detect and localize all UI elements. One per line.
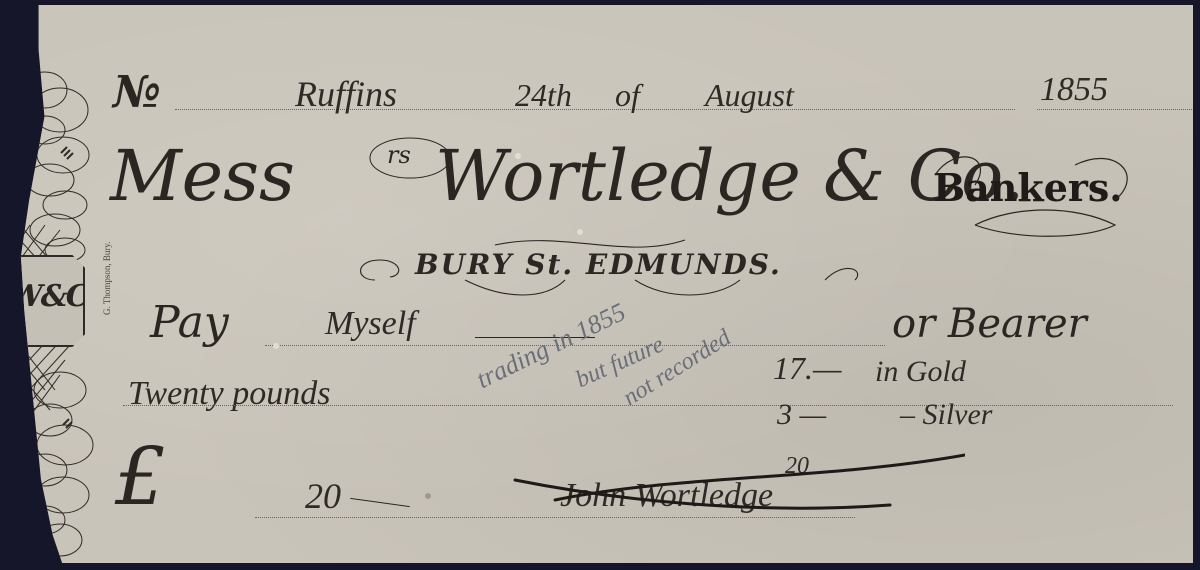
place-field: Ruffins <box>295 73 397 115</box>
monogram-cartouche: W&Co. <box>15 255 85 347</box>
paper-blemish <box>515 153 521 159</box>
silver-label-field: – Silver <box>900 398 992 432</box>
paper-blemish <box>577 229 583 235</box>
cheque-paper: W&Co. G. Thompson, Bury. № Ruffins 24th … <box>15 5 1193 563</box>
gold-amount-field: 17.— <box>773 350 841 387</box>
addressee-prefix: Mess <box>110 135 295 217</box>
pound-sign: £ <box>115 430 166 523</box>
gold-label-field: in Gold <box>875 355 966 389</box>
paper-blemish <box>425 493 431 499</box>
town-name: BURY St. EDMUNDS. <box>415 248 782 281</box>
date-of-field: of <box>615 77 640 114</box>
silver-amount-field: 3 — <box>777 398 826 432</box>
date-month-field: August <box>705 77 794 114</box>
paper-blemish <box>273 343 279 349</box>
year-line <box>1037 109 1192 110</box>
number-label: № <box>113 67 161 118</box>
pay-label: Pay <box>150 297 229 348</box>
amount-figures-field: 20 <box>305 475 341 517</box>
printer-imprint-text: G. Thompson, Bury. <box>102 241 112 315</box>
bankers-flourish-icon <box>915 145 1145 245</box>
bearer-label: or Bearer <box>892 301 1087 347</box>
payee-field: Myself <box>325 305 416 343</box>
amount-words-field: Twenty pounds <box>128 375 330 413</box>
year-field: 1855 <box>1040 71 1108 109</box>
amount-flourish <box>350 498 410 507</box>
amount-words-line <box>123 405 1173 406</box>
date-day-field: 24th <box>515 77 572 114</box>
cancellation-strike-icon <box>495 445 965 525</box>
